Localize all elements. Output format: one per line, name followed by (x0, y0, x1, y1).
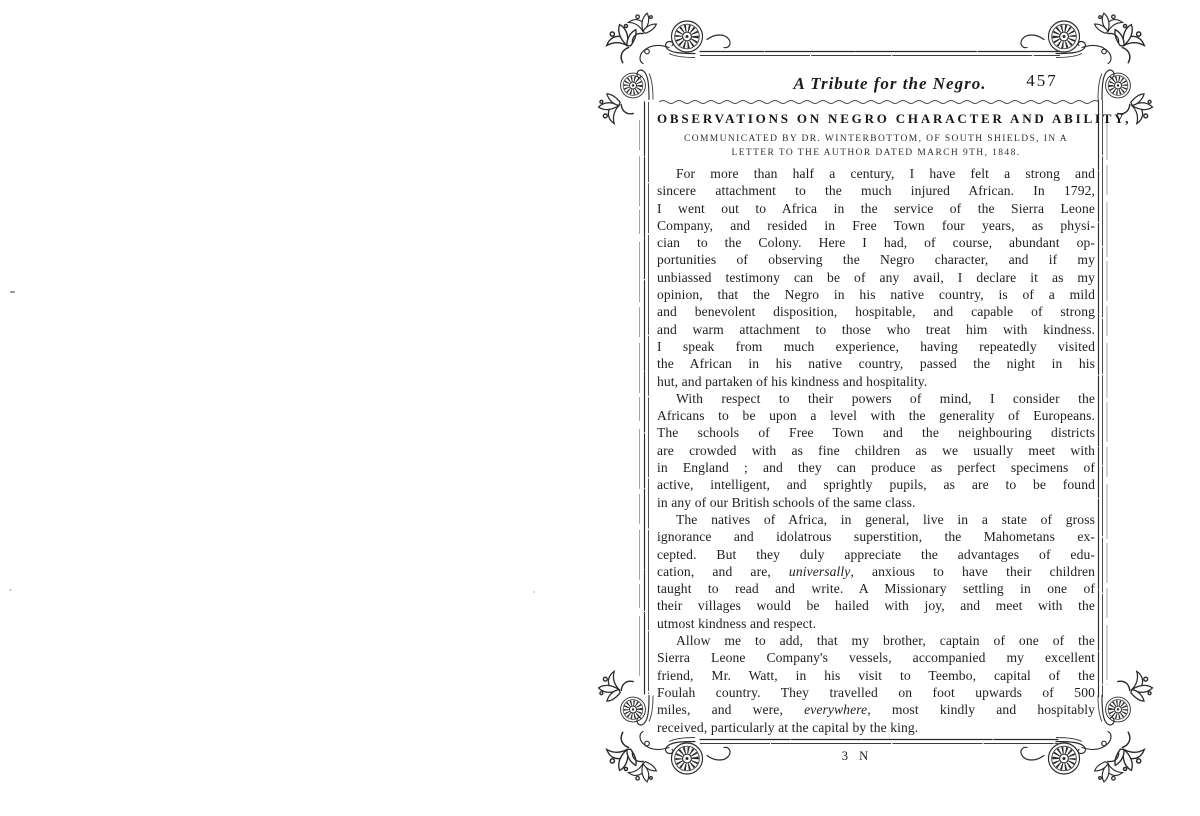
text-line: opinion, that the Negro in his native co… (657, 286, 1095, 303)
text-line: active, intelligent, and sprightly pupil… (657, 476, 1095, 493)
body-text: For more than half a century, I have fel… (657, 165, 1095, 736)
text-line: and benevolent disposition, hospitable, … (657, 303, 1095, 320)
text-line: For more than half a century, I have fel… (657, 165, 1095, 182)
article-subheading-line1: COMMUNICATED BY DR. WINTERBOTTOM, OF SOU… (657, 134, 1095, 144)
text-line: their villages would be hailed with joy,… (657, 597, 1095, 614)
scan-speck (10, 291, 15, 293)
paragraph: The natives of Africa, in general, live … (657, 511, 1095, 632)
wavy-rule (659, 97, 1103, 107)
text-line: in any of our British schools of the sam… (657, 494, 1095, 511)
text-line: and warm attachment to those who treat h… (657, 321, 1095, 338)
text-line: received, particularly at the capital by… (657, 719, 1095, 736)
text-line: Africans to be upon a level with the gen… (657, 407, 1095, 424)
text-line: the African in his native country, passe… (657, 355, 1095, 372)
text-line: I went out to Africa in the service of t… (657, 200, 1095, 217)
signature-mark: 3 N (657, 749, 1057, 764)
text-line: hut, and partaken of his kindness and ho… (657, 373, 1095, 390)
text-line: cation, and are, universally, anxious to… (657, 563, 1095, 580)
text-line: utmost kindness and respect. (657, 615, 1095, 632)
text-line: cian to the Colony. Here I had, of cours… (657, 234, 1095, 251)
text-line: miles, and were, everywhere, most kindly… (657, 701, 1095, 718)
text-line: ignorance and idolatrous superstition, t… (657, 528, 1095, 545)
text-line: are crowded with as fine children as we … (657, 442, 1095, 459)
text-line: Sierra Leone Company's vessels, accompan… (657, 649, 1095, 666)
paragraph: Allow me to add, that my brother, captai… (657, 632, 1095, 736)
text-line: The natives of Africa, in general, live … (657, 511, 1095, 528)
text-line: sincere attachment to the much injured A… (657, 182, 1095, 199)
text-line: in England ; and they can produce as per… (657, 459, 1095, 476)
text-line: I speak from much experience, having rep… (657, 338, 1095, 355)
scan-speck (533, 591, 535, 593)
text-line: portunities of observing the Negro chara… (657, 251, 1095, 268)
text-line: Foulah country. They travelled on foot u… (657, 684, 1095, 701)
text-line: The schools of Free Town and the neighbo… (657, 424, 1095, 441)
paragraph: For more than half a century, I have fel… (657, 165, 1095, 390)
scan-speck (9, 589, 12, 591)
text-line: With respect to their powers of mind, I … (657, 390, 1095, 407)
paragraph: With respect to their powers of mind, I … (657, 390, 1095, 511)
article-subheading-line2: LETTER TO THE AUTHOR DATED MARCH 9TH, 18… (657, 148, 1095, 158)
article-heading: OBSERVATIONS ON NEGRO CHARACTER AND ABIL… (657, 111, 1095, 127)
page-number: 457 (1012, 71, 1072, 91)
text-line: friend, Mr. Watt, in his visit to Teembo… (657, 667, 1095, 684)
text-line: unbiassed testimony can be of any avail,… (657, 269, 1095, 286)
text-line: cepted. But they duly appreciate the adv… (657, 546, 1095, 563)
scanned-book-spread: A Tribute for the Negro. 457 OBSERVATION… (0, 0, 1200, 816)
text-line: taught to read and write. A Missionary s… (657, 580, 1095, 597)
text-line: Allow me to add, that my brother, captai… (657, 632, 1095, 649)
text-line: Company, and resided in Free Town four y… (657, 217, 1095, 234)
